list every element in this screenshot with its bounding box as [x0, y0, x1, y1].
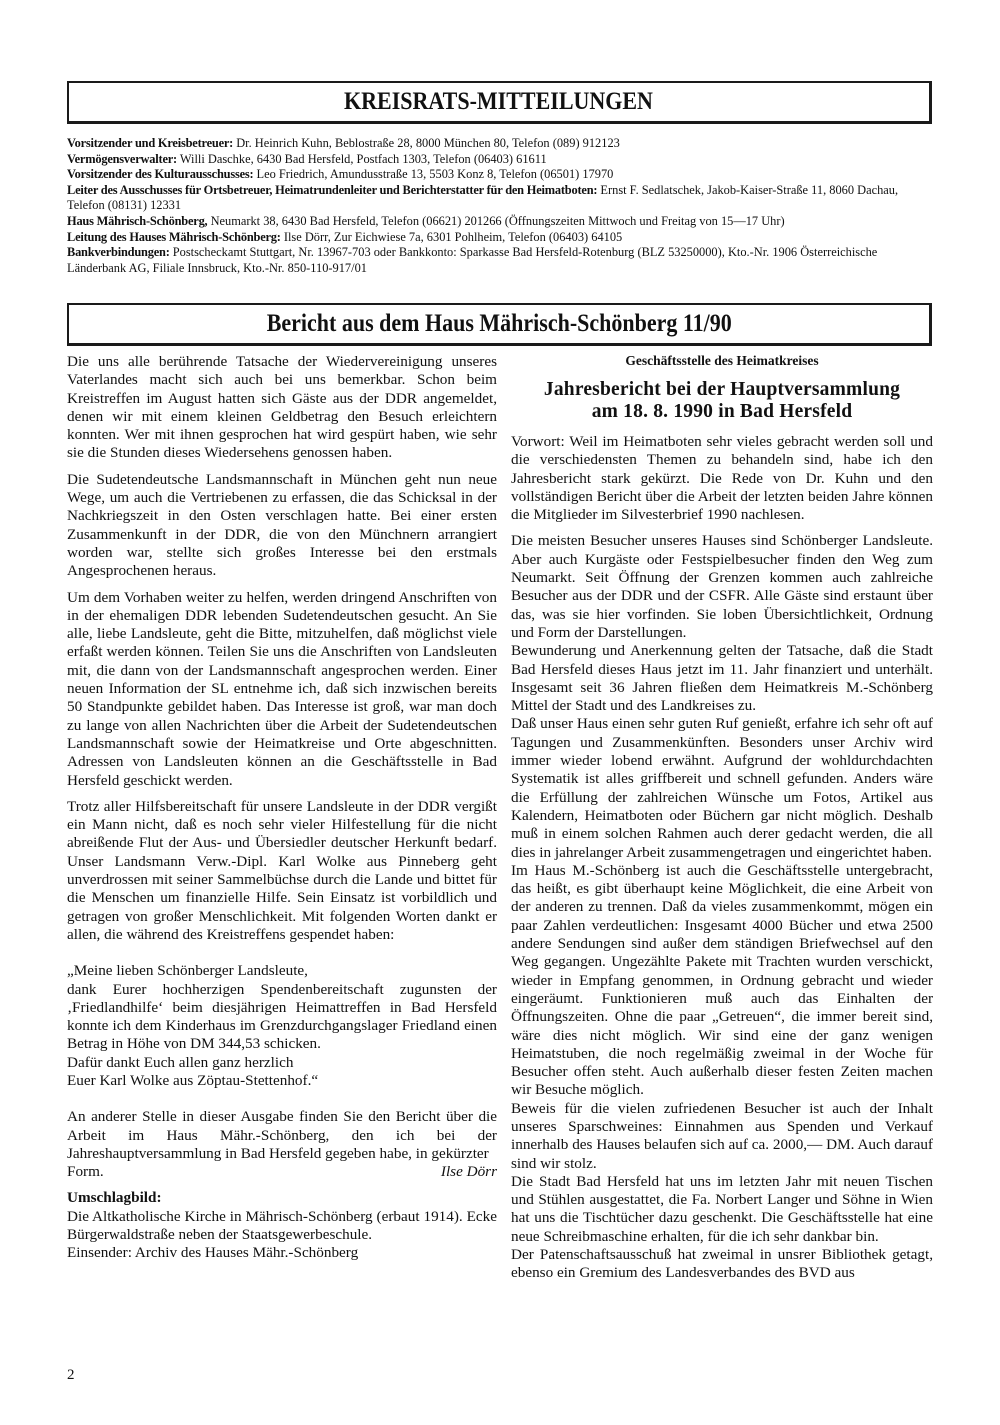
paragraph: Bewunderung und Anerkennung gelten der T…: [511, 642, 933, 715]
header-box: KREISRATS-MITTEILUNGEN: [67, 81, 932, 124]
contact-label: Vorsitzender des Kulturausschusses:: [67, 167, 253, 181]
paragraph: Im Haus M.-Schönberg ist auch die Geschä…: [511, 862, 933, 1100]
letter-body: dank Eurer hochherzigen Spendenbereitsch…: [67, 981, 497, 1054]
letter-thanks: Dafür dankt Euch allen ganz herzlich: [67, 1054, 497, 1072]
paragraph: Die Sudetendeutsche Landsmannschaft in M…: [67, 471, 497, 581]
headline-line-1: Jahresbericht bei der Hauptversammlung: [511, 379, 933, 401]
paragraph: Daß unser Haus einen sehr guten Ruf geni…: [511, 715, 933, 861]
letter-salutation: „Meine lieben Schönberger Landsleute,: [67, 962, 497, 980]
contact-label: Haus Mährisch-Schönberg,: [67, 214, 207, 228]
paragraph: Die Stadt Bad Hersfeld hat uns im letzte…: [511, 1173, 933, 1246]
contact-text: Leo Friedrich, Amundusstraße 13, 5503 Ko…: [253, 167, 613, 181]
cover-heading: Umschlagbild:: [67, 1189, 497, 1207]
paragraph: Beweis für die vielen zufriedenen Besuch…: [511, 1100, 933, 1173]
right-column: Geschäftsstelle des Heimatkreises Jahres…: [511, 353, 933, 1283]
contact-label: Leiter des Ausschusses für Ortsbetreuer,…: [67, 183, 597, 197]
contact-line: Leitung des Hauses Mährisch-Schönberg: I…: [67, 230, 935, 246]
section-title: Bericht aus dem Haus Mährisch-Schönberg …: [266, 310, 731, 338]
closing-paragraph: An anderer Stelle in dieser Ausgabe find…: [67, 1108, 497, 1163]
section-box: Bericht aus dem Haus Mährisch-Schönberg …: [67, 303, 932, 346]
contact-line: Bankverbindungen: Postscheckamt Stuttgar…: [67, 245, 935, 276]
letter-signoff: Euer Karl Wolke aus Zöptau-Stettenhof.“: [67, 1072, 497, 1090]
page-number: 2: [67, 1367, 75, 1384]
kicker: Geschäftsstelle des Heimatkreises: [511, 353, 933, 369]
author-name: Ilse Dörr: [441, 1163, 497, 1181]
contact-text: Neumarkt 38, 6430 Bad Hersfeld, Telefon …: [207, 214, 784, 228]
contact-text: Postscheckamt Stuttgart, Nr. 13967-703 o…: [67, 245, 877, 275]
contact-label: Vermögensverwalter:: [67, 152, 177, 166]
headline-line-2: am 18. 8. 1990 in Bad Hersfeld: [511, 401, 933, 423]
contact-label: Vorsitzender und Kreisbetreuer:: [67, 136, 233, 150]
contact-line: Haus Mährisch-Schönberg, Neumarkt 38, 64…: [67, 214, 935, 230]
masthead-contacts: Vorsitzender und Kreisbetreuer: Dr. Hein…: [67, 136, 935, 276]
contact-text: Willi Daschke, 6430 Bad Hersfeld, Postfa…: [177, 152, 547, 166]
spacer: [67, 1090, 497, 1108]
paragraph: Der Patenschaftsausschuß hat zweimal in …: [511, 1246, 933, 1283]
cover-text: Die Altkatholische Kirche in Mährisch-Sc…: [67, 1208, 497, 1245]
paragraph: Trotz aller Hilfsbereitschaft für unsere…: [67, 798, 497, 944]
contact-label: Bankverbindungen:: [67, 245, 170, 259]
contact-line: Vermögensverwalter: Willi Daschke, 6430 …: [67, 152, 935, 168]
page-title: KREISRATS-MITTEILUNGEN: [345, 88, 654, 116]
headline: Jahresbericht bei der Hauptversammlung a…: [511, 379, 933, 423]
paragraph: Um dem Vorhaben weiter zu helfen, werden…: [67, 589, 497, 790]
left-column: Die uns alle berührende Tatsache der Wie…: [67, 353, 497, 1263]
closing-last: Form.: [67, 1163, 104, 1181]
paragraph: Vorwort: Weil im Heimatboten sehr vieles…: [511, 433, 933, 524]
contact-line: Leiter des Ausschusses für Ortsbetreuer,…: [67, 183, 935, 214]
cover-credit: Einsender: Archiv des Hauses Mähr.-Schön…: [67, 1244, 497, 1262]
contact-line: Vorsitzender des Kulturausschusses: Leo …: [67, 167, 935, 183]
contact-line: Vorsitzender und Kreisbetreuer: Dr. Hein…: [67, 136, 935, 152]
paragraph: Die meisten Besucher unseres Hauses sind…: [511, 532, 933, 642]
contact-text: Ilse Dörr, Zur Eichwiese 7a, 6301 Pohlhe…: [281, 230, 623, 244]
signature-line: Form. Ilse Dörr: [67, 1163, 497, 1181]
contact-label: Leitung des Hauses Mährisch-Schönberg:: [67, 230, 281, 244]
spacer: [67, 944, 497, 962]
paragraph: Die uns alle berührende Tatsache der Wie…: [67, 353, 497, 463]
contact-text: Dr. Heinrich Kuhn, Beblostraße 28, 8000 …: [233, 136, 620, 150]
